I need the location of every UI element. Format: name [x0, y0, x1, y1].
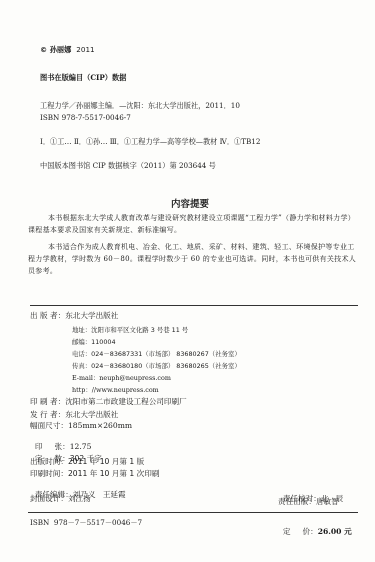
publisher-line: 出 版 者：东北大学出版社 [30, 311, 118, 320]
publish-responsible-line: 责任出版：唐敏智 [278, 497, 339, 506]
copyright-line: © 孙丽娜 2011 [40, 45, 95, 54]
publisher-address: 地址：沈阳市和平区文化路 3 号巷 11 号 [72, 326, 188, 334]
publisher-name: 东北大学出版社 [65, 311, 118, 320]
publisher-phone: 电话：024－83687331（市场部） 83680267（社务室） [72, 350, 241, 358]
cip-catalog-number: 中国版本图书馆 CIP 数据核字（2011）第 203644 号 [40, 161, 216, 170]
print-date-value: 2011 年 10 月第 1 次印刷 [68, 469, 159, 478]
printer-label: 印 刷 者： [30, 397, 65, 406]
cip-isbn: ISBN 978-7-5517-0046-7 [40, 113, 131, 122]
price-label: 定 价： [283, 527, 318, 536]
publish-responsible-value: 唐敏智 [316, 497, 339, 506]
cover-design-line: 封面设计：刘江扬 [30, 494, 91, 503]
publisher-website: http：//www.neupress.com [72, 386, 159, 394]
summary-paragraph-1: 本书根据东北大学成人教育改革与建设研究教材建设立项课题“工程力学”（静力学和材料… [28, 212, 361, 236]
copyright-year: 2011 [76, 45, 94, 54]
size-line: 幅面尺寸：185mm×260mm [30, 421, 132, 430]
size-label: 幅面尺寸： [30, 421, 68, 430]
pub-date-line: 出版时间：2011 年 10 月第 1 版 [30, 457, 144, 466]
summary-paragraph-2: 本书适合作为成人教育机电、冶金、化工、地质、采矿、材料、建筑、轻工、环境保护等专… [28, 241, 361, 277]
copyright-symbol: © [40, 45, 47, 54]
divider-bottom [28, 512, 358, 513]
publisher-label: 出 版 者： [30, 311, 65, 320]
publisher-fax: 传真：024－83680180（市场部） 83680265（社务室） [72, 362, 241, 370]
copyright-author: 孙丽娜 [50, 45, 72, 54]
price-value: 26.00 元 [318, 527, 352, 536]
cip-title-line: 工程力学／孙丽娜主编．—沈阳：东北大学出版社，2011．10 [40, 101, 240, 110]
pub-date-value: 2011 年 10 月第 1 版 [68, 457, 144, 466]
print-date-label: 印刷时间： [30, 469, 68, 478]
distributor-line: 发 行 者：东北大学出版社 [30, 410, 118, 419]
distributor-label: 发 行 者： [30, 410, 65, 419]
pub-date-label: 出版时间： [30, 457, 68, 466]
print-date-line: 印刷时间：2011 年 10 月第 1 次印刷 [30, 469, 159, 478]
cover-design-label: 封面设计： [30, 494, 68, 503]
printer-name: 沈阳市第二市政建设工程公司印刷厂 [65, 397, 187, 406]
size-value: 185mm×260mm [68, 421, 132, 430]
divider-top [30, 305, 358, 306]
printer-line: 印 刷 者：沈阳市第二市政建设工程公司印刷厂 [30, 397, 187, 406]
publisher-email: E-mail：neuph@neupress.com [72, 374, 171, 382]
cip-heading: 图书在版编目（CIP）数据 [40, 73, 126, 82]
cip-classification: Ⅰ．①工… Ⅱ．①孙… Ⅲ．①工程力学—高等学校—教材 Ⅳ．①TB12 [40, 137, 260, 146]
distributor-name: 东北大学出版社 [65, 410, 118, 419]
footer-isbn: ISBN 978－7－5517－0046－7 [30, 518, 142, 527]
cover-design-value: 刘江扬 [68, 494, 91, 503]
publish-responsible-label: 责任出版： [278, 497, 316, 506]
summary-title: 内容提要 [171, 196, 209, 210]
price-line: 定 价：26.00 元 [278, 518, 352, 536]
publisher-postcode: 邮编：110004 [72, 338, 116, 346]
